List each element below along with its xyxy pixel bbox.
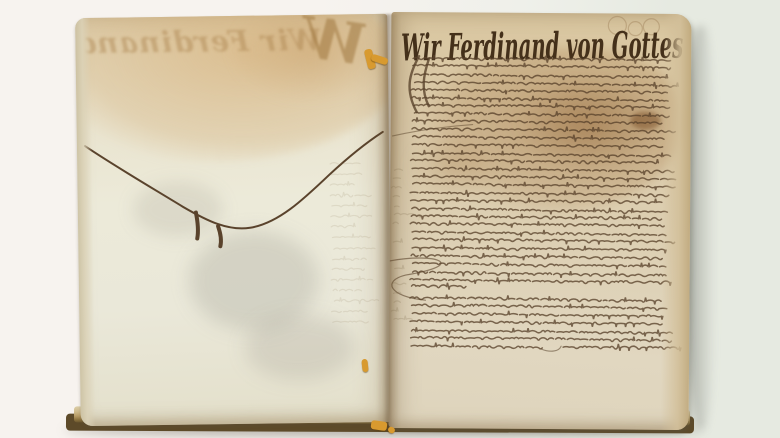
script-line bbox=[411, 335, 674, 343]
stain-drips bbox=[196, 212, 221, 246]
script-line bbox=[334, 297, 378, 304]
script-line bbox=[412, 229, 666, 238]
script-line bbox=[332, 173, 362, 175]
script-line bbox=[331, 223, 355, 228]
script-line bbox=[412, 95, 670, 104]
script-line bbox=[412, 310, 663, 319]
script-line bbox=[413, 62, 671, 71]
script-line bbox=[413, 150, 671, 159]
handwritten-text-block bbox=[389, 12, 692, 430]
script-line bbox=[332, 268, 364, 271]
script-line bbox=[334, 247, 375, 249]
script-line bbox=[330, 162, 360, 164]
binding-thread bbox=[361, 359, 368, 373]
script-line bbox=[412, 143, 662, 150]
script-line bbox=[410, 190, 669, 199]
script-line bbox=[410, 294, 661, 304]
script-line bbox=[330, 192, 371, 198]
script-line bbox=[412, 244, 666, 253]
script-line bbox=[331, 212, 372, 218]
left-page: Wir Ferdinand von Gottes W bbox=[75, 14, 393, 426]
page-edge-right bbox=[661, 14, 692, 430]
script-line bbox=[413, 55, 670, 64]
script-line bbox=[330, 181, 354, 185]
script-line bbox=[413, 261, 666, 270]
script-line bbox=[412, 205, 668, 215]
stain-rim bbox=[85, 132, 384, 231]
manuscript-photo: Wir Ferdinand von Gottes W Wir Ferdinand… bbox=[0, 0, 780, 438]
stain-rim-drawing bbox=[75, 14, 393, 426]
script-line bbox=[411, 213, 661, 222]
script-line bbox=[410, 277, 671, 286]
script-line bbox=[414, 110, 669, 119]
script-line bbox=[412, 283, 466, 290]
script-line bbox=[333, 256, 367, 261]
right-page: Wir Ferdinand von Gottes bbox=[389, 12, 692, 430]
script-line bbox=[414, 72, 667, 80]
script-line bbox=[410, 318, 662, 327]
script-line bbox=[411, 343, 542, 350]
script-line bbox=[411, 157, 659, 165]
script-line bbox=[415, 79, 679, 89]
script-line bbox=[412, 117, 662, 126]
pen-flourish bbox=[541, 346, 561, 351]
script-line bbox=[413, 236, 675, 245]
script-line bbox=[411, 197, 662, 206]
script-line bbox=[332, 233, 372, 238]
script-line bbox=[413, 270, 666, 279]
script-line bbox=[333, 289, 361, 291]
script-line bbox=[332, 202, 367, 207]
book-gutter bbox=[376, 14, 400, 430]
script-line bbox=[332, 310, 368, 312]
script-line bbox=[410, 220, 666, 229]
script-line bbox=[411, 253, 662, 262]
script-line bbox=[331, 276, 372, 281]
script-line bbox=[411, 89, 667, 96]
script-line bbox=[412, 327, 673, 336]
script-line bbox=[412, 302, 667, 312]
script-line bbox=[412, 165, 674, 175]
script-line bbox=[333, 321, 368, 324]
script-line bbox=[413, 180, 675, 190]
script-line bbox=[414, 102, 672, 111]
script-line bbox=[413, 134, 664, 143]
